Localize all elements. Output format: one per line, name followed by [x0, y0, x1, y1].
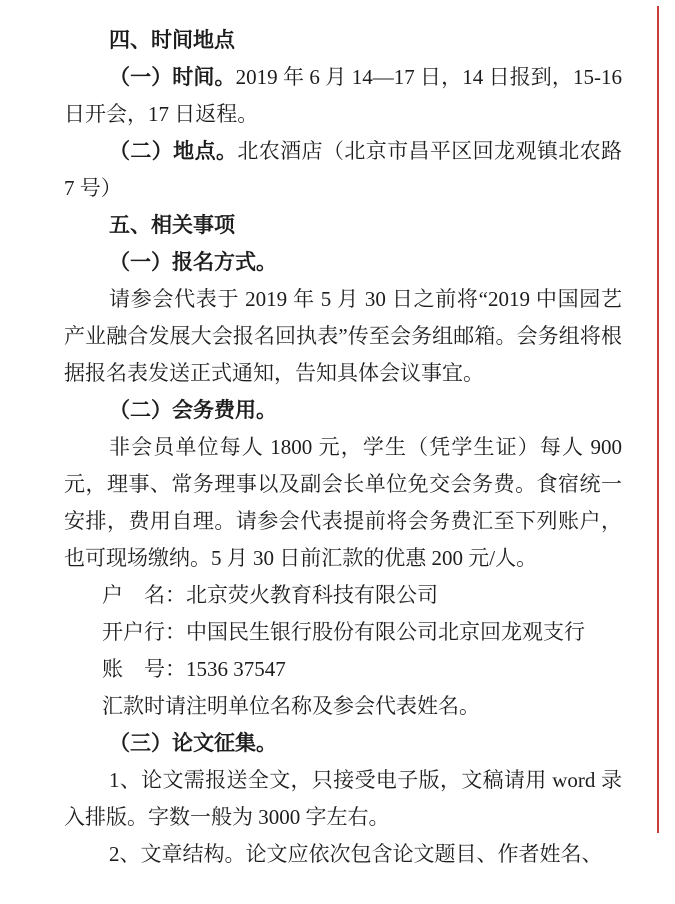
account-number-value: 1536 37547: [186, 657, 286, 681]
section-5-heading: 五、相关事项: [64, 207, 622, 244]
account-number-label: 账 号：: [102, 657, 186, 681]
remittance-note: 汇款时请注明单位名称及参会代表姓名。: [64, 688, 622, 725]
account-name-line: 户 名：北京荧火教育科技有限公司: [64, 577, 622, 614]
bank-line: 开户行：中国民生银行股份有限公司北京回龙观支行: [64, 614, 622, 651]
papers-heading: （三）论文征集。: [64, 725, 622, 762]
bank-label: 开户行：: [102, 620, 186, 644]
bank-value: 中国民生银行股份有限公司北京回龙观支行: [186, 620, 585, 644]
time-label: （一）时间。: [109, 65, 236, 89]
fees-paragraph: 非会员单位每人 1800 元，学生（凭学生证）每人 900 元，理事、常务理事以…: [64, 429, 622, 577]
time-item: （一）时间。2019 年 6 月 14—17 日，14 日报到，15-16 日开…: [64, 59, 622, 133]
paper-item-2: 2、文章结构。论文应依次包含论文题目、作者姓名、: [64, 836, 622, 873]
venue-label: （二）地点。: [109, 139, 237, 163]
account-number-line: 账 号：1536 37547: [64, 651, 622, 688]
registration-heading: （一）报名方式。: [64, 244, 622, 281]
registration-paragraph: 请参会代表于 2019 年 5 月 30 日之前将“2019 中国园艺产业融合发…: [64, 281, 622, 392]
account-name-label: 户 名：: [102, 583, 186, 607]
paper-item-1: 1、论文需报送全文，只接受电子版，文稿请用 word 录入排版。字数一般为 30…: [64, 762, 622, 836]
account-name-value: 北京荧火教育科技有限公司: [186, 583, 438, 607]
section-4-heading: 四、时间地点: [64, 22, 622, 59]
venue-item: （二）地点。北农酒店（北京市昌平区回龙观镇北农路 7 号）: [64, 133, 622, 207]
document-page: 四、时间地点 （一）时间。2019 年 6 月 14—17 日，14 日报到，1…: [64, 22, 622, 873]
revision-bar: [657, 6, 659, 833]
fees-heading: （二）会务费用。: [64, 392, 622, 429]
